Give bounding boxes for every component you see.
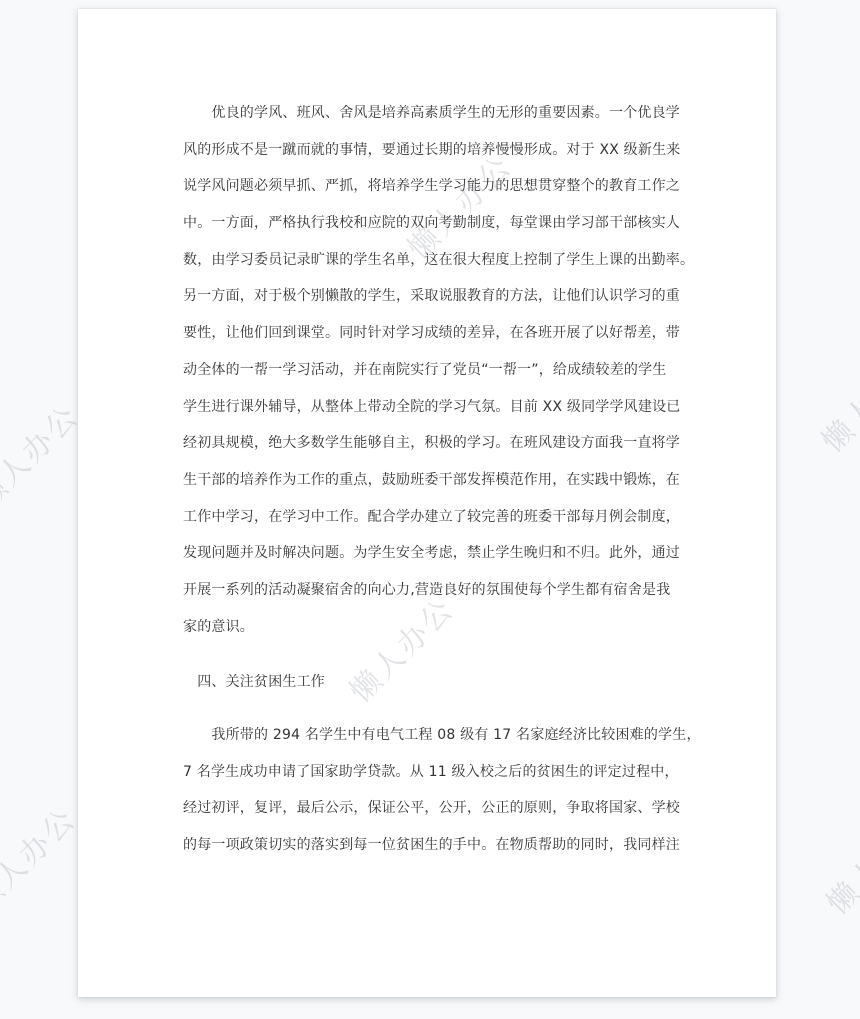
text-line: 7 名学生成功申请了国家助学贷款。从 11 级入校之后的贫困生的评定过程中，: [183, 754, 703, 791]
text-line: 风的形成不是一蹴而就的事情，要通过长期的培养慢慢形成。对于 XX 级新生来: [183, 132, 703, 169]
document-content: 优良的学风、班风、舍风是培养高素质学生的无形的重要因素。一个优良学风的形成不是一…: [183, 95, 703, 864]
text-line: 中。一方面，严格执行我校和应院的双向考勤制度，每堂课由学习部干部核实人: [183, 205, 703, 242]
text-line: 经过初评，复评，最后公示，保证公平，公开，公正的原则，争取将国家、学校: [183, 790, 703, 827]
page-background: 优良的学风、班风、舍风是培养高素质学生的无形的重要因素。一个优良学风的形成不是一…: [0, 0, 860, 1019]
text-line: 经初具规模，绝大多数学生能够自主，积极的学习。在班风建设方面我一直将学: [183, 425, 703, 462]
paragraph-study-style: 优良的学风、班风、舍风是培养高素质学生的无形的重要因素。一个优良学风的形成不是一…: [183, 95, 703, 645]
watermark-text: 懒人办公: [810, 336, 860, 460]
text-line: 家的意识。: [183, 609, 703, 646]
document-page: 优良的学风、班风、舍风是培养高素质学生的无形的重要因素。一个优良学风的形成不是一…: [78, 9, 776, 997]
text-line: 开展一系列的活动凝聚宿舍的向心力,营造良好的氛围使每个学生都有宿舍是我: [183, 572, 703, 609]
text-line: 数，由学习委员记录旷课的学生名单，这在很大程度上控制了学生上课的出勤率。: [183, 242, 703, 279]
text-line: 要性，让他们回到课堂。同时针对学习成绩的差异，在各班开展了以好帮差，带: [183, 315, 703, 352]
text-line: 发现问题并及时解决问题。为学生安全考虑，禁止学生晚归和不归。此外，通过: [183, 535, 703, 572]
text-line: 我所带的 294 名学生中有电气工程 08 级有 17 名家庭经济比较困难的学生…: [183, 717, 703, 754]
text-line: 工作中学习，在学习中工作。配合学办建立了较完善的班委干部每月例会制度，: [183, 499, 703, 536]
text-line: 动全体的一帮一学习活动，并在南院实行了党员“一帮一”，给成绩较差的学生: [183, 352, 703, 389]
section-heading-poverty-work: 四、关注贫困生工作: [183, 664, 703, 701]
watermark-text: 懒人办公: [0, 393, 87, 517]
text-line: 生干部的培养作为工作的重点，鼓励班委干部发挥模范作用，在实践中锻炼，在: [183, 462, 703, 499]
paragraph-poverty-support: 我所带的 294 名学生中有电气工程 08 级有 17 名家庭经济比较困难的学生…: [183, 717, 703, 864]
text-line: 学生进行课外辅导，从整体上带动全院的学习气氛。目前 XX 级同学学风建设已: [183, 389, 703, 426]
text-line: 说学风问题必须早抓、严抓，将培养学生学习能力的思想贯穿整个的教育工作之: [183, 168, 703, 205]
text-line: 优良的学风、班风、舍风是培养高素质学生的无形的重要因素。一个优良学: [183, 95, 703, 132]
text-line: 的每一项政策切实的落实到每一位贫困生的手中。在物质帮助的同时，我同样注: [183, 827, 703, 864]
text-line: 另一方面，对于极个别懒散的学生，采取说服教育的方法，让他们认识学习的重: [183, 278, 703, 315]
watermark-text: 懒人办公: [815, 798, 860, 922]
watermark-text: 懒人办公: [0, 796, 84, 920]
text-line: 四、关注贫困生工作: [183, 664, 703, 701]
